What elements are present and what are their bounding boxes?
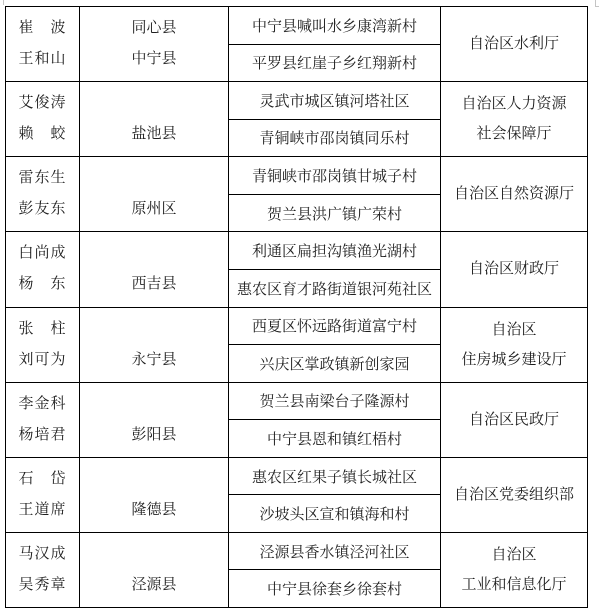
- pairing-assignments-table: 崔 波 王和山 同心县 中宁县 中宁县喊叫水乡康湾新村 平罗县红崖子乡红翔新村 …: [5, 6, 588, 608]
- department-text: 自治区水利厅: [469, 29, 559, 59]
- department-cell: 自治区自然资源厅: [441, 157, 587, 231]
- names-text: 艾俊涛 赖 蛟: [18, 88, 66, 150]
- text-boundary-mark-left: [3, 0, 4, 5]
- villages-cell: 泾源县香水镇泾河社区 中宁县徐套乡徐套村: [229, 533, 441, 607]
- villages-cell: 青铜峡市邵岗镇甘城子村 贺兰县洪广镇广荣村: [229, 157, 441, 231]
- village-subcell: 沙坡头区宣和镇海和村: [229, 495, 440, 532]
- table-row: 张 柱 刘可为 永宁县 西夏区怀远路街道富宁村 兴庆区掌政镇新创家园 自治区 住…: [6, 308, 587, 383]
- department-text: 自治区党委组织部: [454, 480, 574, 510]
- table-row: 艾俊涛 赖 蛟 盐池县 灵武市城区镇河塔社区 青铜峡市邵岗镇同乐村 自治区人力资…: [6, 82, 587, 157]
- department-text: 自治区自然资源厅: [454, 179, 574, 209]
- county-text: 同心县 中宁县: [131, 13, 176, 75]
- village-subcell: 利通区扁担沟镇渔光湖村: [229, 232, 440, 270]
- village-subcell: 惠农区红果子镇长城社区: [229, 458, 440, 496]
- table-row: 崔 波 王和山 同心县 中宁县 中宁县喊叫水乡康湾新村 平罗县红崖子乡红翔新村 …: [6, 7, 587, 82]
- village-subcell: 中宁县喊叫水乡康湾新村: [229, 7, 440, 45]
- department-text: 自治区 工业和信息化厅: [461, 540, 566, 600]
- county-text: 原州区: [131, 194, 176, 225]
- village-subcell: 兴庆区掌政镇新创家园: [229, 345, 440, 382]
- names-cell: 艾俊涛 赖 蛟: [6, 82, 80, 156]
- county-cell: 泾源县: [80, 533, 229, 607]
- village-subcell: 中宁县恩和镇红梧村: [229, 420, 440, 457]
- county-cell: 西吉县: [80, 232, 229, 306]
- names-cell: 崔 波 王和山: [6, 7, 80, 81]
- table-row: 雷东生 彭友东 原州区 青铜峡市邵岗镇甘城子村 贺兰县洪广镇广荣村 自治区自然资…: [6, 157, 587, 232]
- county-text: 西吉县: [131, 269, 176, 300]
- county-text: 泾源县: [131, 570, 176, 601]
- names-text: 马汉成 吴秀章: [18, 539, 66, 601]
- table-row: 石 岱 王道席 隆德县 惠农区红果子镇长城社区 沙坡头区宣和镇海和村 自治区党委…: [6, 458, 587, 533]
- county-text: 隆德县: [131, 495, 176, 526]
- text-boundary-mark-right-corner: [595, 6, 599, 7]
- village-subcell: 中宁县徐套乡徐套村: [229, 570, 440, 607]
- village-subcell: 贺兰县洪广镇广荣村: [229, 195, 440, 232]
- village-subcell: 平罗县红崖子乡红翔新村: [229, 45, 440, 82]
- names-text: 石 岱 王道席: [18, 464, 66, 526]
- department-cell: 自治区 工业和信息化厅: [441, 533, 587, 607]
- county-cell: 同心县 中宁县: [80, 7, 229, 81]
- villages-cell: 利通区扁担沟镇渔光湖村 惠农区育才路街道银河苑社区: [229, 232, 441, 306]
- names-cell: 白尚成 杨 东: [6, 232, 80, 306]
- department-cell: 自治区水利厅: [441, 7, 587, 81]
- county-text: 盐池县: [131, 119, 176, 150]
- department-text: 自治区 住房城乡建设厅: [461, 315, 566, 375]
- village-subcell: 青铜峡市邵岗镇同乐村: [229, 120, 440, 157]
- table-row: 白尚成 杨 东 西吉县 利通区扁担沟镇渔光湖村 惠农区育才路街道银河苑社区 自治…: [6, 232, 587, 307]
- names-cell: 雷东生 彭友东: [6, 157, 80, 231]
- county-cell: 彭阳县: [80, 383, 229, 457]
- village-subcell: 泾源县香水镇泾河社区: [229, 533, 440, 571]
- villages-cell: 贺兰县南梁台子隆源村 中宁县恩和镇红梧村: [229, 383, 441, 457]
- names-cell: 张 柱 刘可为: [6, 308, 80, 382]
- department-cell: 自治区民政厅: [441, 383, 587, 457]
- county-cell: 隆德县: [80, 458, 229, 532]
- county-cell: 永宁县: [80, 308, 229, 382]
- table-row: 马汉成 吴秀章 泾源县 泾源县香水镇泾河社区 中宁县徐套乡徐套村 自治区 工业和…: [6, 533, 587, 607]
- villages-cell: 西夏区怀远路街道富宁村 兴庆区掌政镇新创家园: [229, 308, 441, 382]
- department-cell: 自治区人力资源 社会保障厅: [441, 82, 587, 156]
- village-subcell: 青铜峡市邵岗镇甘城子村: [229, 157, 440, 195]
- village-subcell: 灵武市城区镇河塔社区: [229, 82, 440, 120]
- names-cell: 马汉成 吴秀章: [6, 533, 80, 607]
- county-text: 永宁县: [131, 345, 176, 376]
- department-text: 自治区财政厅: [469, 254, 559, 284]
- villages-cell: 中宁县喊叫水乡康湾新村 平罗县红崖子乡红翔新村: [229, 7, 441, 81]
- villages-cell: 灵武市城区镇河塔社区 青铜峡市邵岗镇同乐村: [229, 82, 441, 156]
- village-subcell: 贺兰县南梁台子隆源村: [229, 383, 440, 421]
- table-row: 李金科 杨培君 彭阳县 贺兰县南梁台子隆源村 中宁县恩和镇红梧村 自治区民政厅: [6, 383, 587, 458]
- department-text: 自治区民政厅: [469, 405, 559, 435]
- names-text: 雷东生 彭友东: [18, 163, 66, 225]
- names-cell: 李金科 杨培君: [6, 383, 80, 457]
- department-text: 自治区人力资源 社会保障厅: [461, 89, 566, 149]
- names-text: 崔 波 王和山: [18, 13, 66, 75]
- village-subcell: 西夏区怀远路街道富宁村: [229, 308, 440, 346]
- names-text: 李金科 杨培君: [18, 389, 66, 451]
- county-text: 彭阳县: [131, 420, 176, 451]
- villages-cell: 惠农区红果子镇长城社区 沙坡头区宣和镇海和村: [229, 458, 441, 532]
- village-subcell: 惠农区育才路街道银河苑社区: [229, 270, 440, 307]
- names-text: 白尚成 杨 东: [18, 238, 66, 300]
- names-cell: 石 岱 王道席: [6, 458, 80, 532]
- department-cell: 自治区党委组织部: [441, 458, 587, 532]
- county-cell: 原州区: [80, 157, 229, 231]
- department-cell: 自治区财政厅: [441, 232, 587, 306]
- names-text: 张 柱 刘可为: [18, 314, 66, 376]
- department-cell: 自治区 住房城乡建设厅: [441, 308, 587, 382]
- county-cell: 盐池县: [80, 82, 229, 156]
